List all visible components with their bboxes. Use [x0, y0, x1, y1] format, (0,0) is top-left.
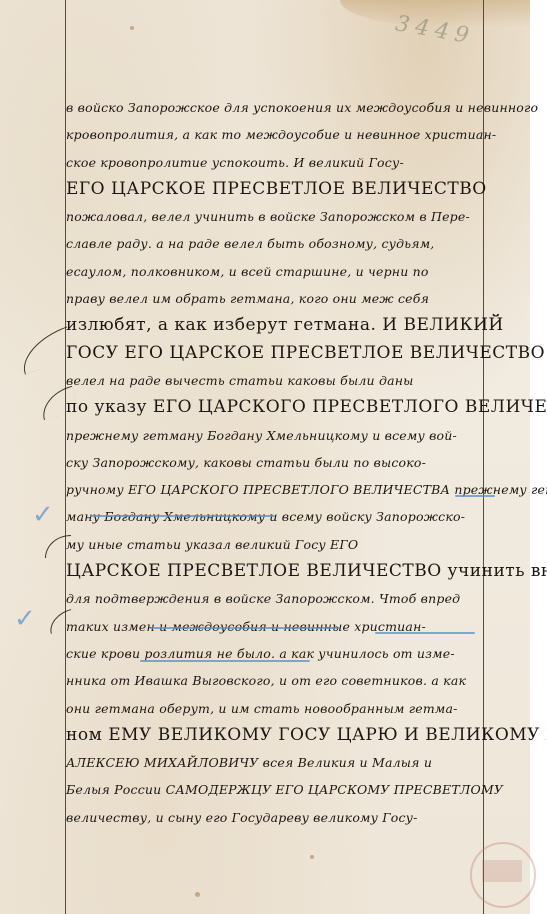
text-line: праву велел им обрать гетмана, кого они … — [66, 285, 486, 312]
manuscript-text: в войско Запорожское для успокоения их м… — [66, 94, 486, 831]
text-line: ручному ЕГО ЦАРСКОГО ПРЕСВЕТЛОГО ВЕЛИЧЕС… — [66, 476, 486, 503]
text-line: славле раду. а на раде велел быть обозно… — [66, 230, 486, 257]
blue-checkmark: ✓ — [14, 604, 36, 634]
blue-underline — [150, 627, 340, 629]
text-line: они гетмана оберут, и им стать новообран… — [66, 695, 486, 722]
text-line: ску Запорожскому, каковы статьи были по … — [66, 449, 486, 476]
text-line: в войско Запорожское для успокоения их м… — [66, 94, 486, 121]
blue-underline — [140, 660, 310, 662]
text-line: му иные статьи указал великий Госу ЕГО — [66, 531, 486, 558]
text-line: ЦАРСКОЕ ПРЕСВЕТЛОЕ ВЕЛИЧЕСТВО учинить вн… — [66, 558, 486, 585]
text-line: для подтверждения в войске Запорожском. … — [66, 585, 486, 612]
text-line: велел на раде вычесть статьи каковы были… — [66, 367, 486, 394]
text-line: ЕГО ЦАРСКОЕ ПРЕСВЕТЛОЕ ВЕЛИЧЕСТВО — [66, 176, 486, 203]
margin-flourish — [45, 535, 71, 558]
text-line: излюбят, а как изберут гетмана. И ВЕЛИКИ… — [66, 312, 486, 339]
ink-spot — [310, 855, 314, 859]
blue-underline — [455, 495, 495, 497]
text-line: ману Богдану Хмельницкому и всему войску… — [66, 503, 486, 530]
blue-underline — [375, 632, 475, 634]
ink-spot — [195, 892, 200, 897]
text-line: величеству, и сыну его Государеву велико… — [66, 804, 486, 831]
stamp-emblem — [482, 860, 522, 882]
text-line: прежнему гетману Богдану Хмельницкому и … — [66, 422, 486, 449]
text-line: ское кровопролитие успокоить. И великий … — [66, 149, 486, 176]
blue-checkmark: ✓ — [32, 500, 54, 530]
text-line: по указу ЕГО ЦАРСКОГО ПРЕСВЕТЛОГО ВЕЛИЧЕ… — [66, 394, 486, 421]
archive-stamp — [470, 842, 536, 908]
text-line: Белыя России САМОДЕРЖЦУ ЕГО ЦАРСКОМУ ПРЕ… — [66, 776, 486, 803]
ink-spot — [130, 26, 134, 30]
text-line: кровопролития, а как то междоусобие и не… — [66, 121, 486, 148]
text-line: ГОСУ ЕГО ЦАРСКОЕ ПРЕСВЕТЛОЕ ВЕЛИЧЕСТВО — [66, 340, 486, 367]
manuscript-page: 3449 в войско Запорожское для успокоения… — [0, 0, 530, 914]
text-line: пожаловал, велел учинить в войске Запоро… — [66, 203, 486, 230]
text-line: АЛЕКСЕЮ МИХАЙЛОВИЧУ всея Великия и Малыя… — [66, 749, 486, 776]
text-line: ном ЕМУ ВЕЛИКОМУ ГОСУ ЦАРЮ И ВЕЛИКОМУ КН… — [66, 722, 486, 749]
text-line: есаулом, полковником, и всей старшине, и… — [66, 258, 486, 285]
blue-underline — [90, 515, 275, 517]
text-line: ские крови розлития не было. а как учини… — [66, 640, 486, 667]
text-line: нника от Ивашка Выговского, и от его сов… — [66, 667, 486, 694]
